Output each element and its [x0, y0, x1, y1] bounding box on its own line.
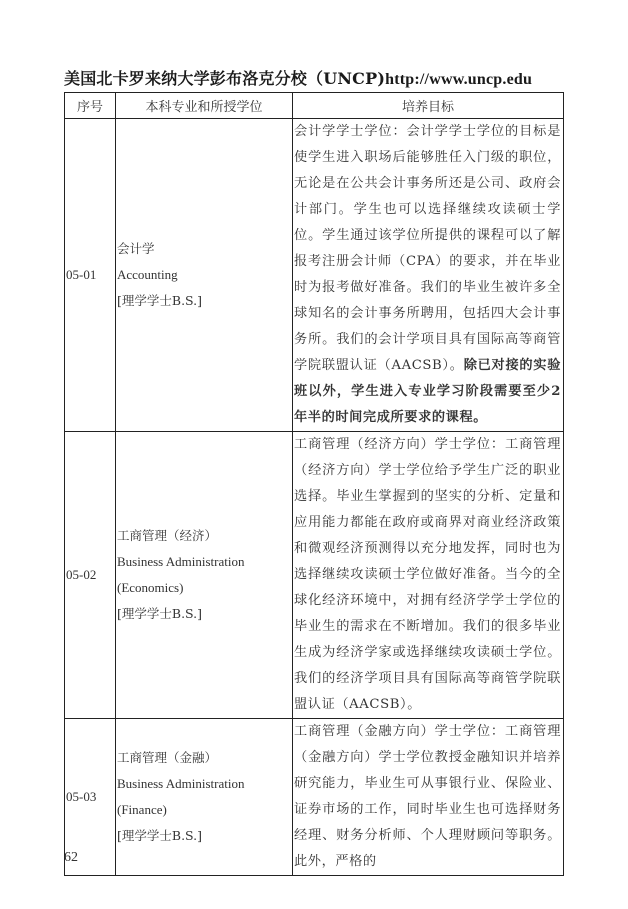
major-en: Business Administration: [117, 771, 292, 797]
row-major: 工商管理（经济） Business Administration (Econom…: [116, 432, 293, 719]
major-cn: 工商管理（金融）: [117, 745, 292, 771]
school-url: http://www.uncp.edu: [385, 71, 532, 88]
table-header-row: 序号 本科专业和所授学位 培养目标: [65, 93, 564, 119]
page-number: 62: [64, 850, 78, 866]
header-goal: 培养目标: [293, 93, 564, 119]
major-degree: [理学学士B.S.]: [117, 288, 292, 314]
goal-text: 工商管理（金融方向）学士学位：工商管理（金融方向）学士学位教授金融知识并培养研究…: [294, 724, 561, 869]
major-en: Accounting: [117, 262, 292, 288]
row-goal: 会计学学士学位：会计学学士学位的目标是使学生进入职场后能够胜任入门级的职位，无论…: [293, 119, 564, 432]
table-row: 05-02 工商管理（经济） Business Administration (…: [65, 432, 564, 719]
header-id: 序号: [65, 93, 116, 119]
major-cn: 工商管理（经济）: [117, 523, 292, 549]
row-id: 05-02: [65, 432, 116, 719]
table-row: 05-03 工商管理（金融） Business Administration (…: [65, 719, 564, 876]
table-row: 05-01 会计学 Accounting [理学学士B.S.] 会计学学士学位：…: [65, 119, 564, 432]
major-en-specialty: (Economics): [117, 575, 292, 601]
major-cn: 会计学: [117, 236, 292, 262]
document-title: 美国北卡罗来纳大学彭布洛克分校（UNCP)http://www.uncp.edu: [64, 66, 532, 89]
school-name: 美国北卡罗来纳大学彭布洛克分校（UNCP): [64, 69, 385, 88]
goal-text: 工商管理（经济方向）学士学位：工商管理（经济方向）学士学位给予学生广泛的职业选择…: [294, 437, 561, 712]
row-goal: 工商管理（金融方向）学士学位：工商管理（金融方向）学士学位教授金融知识并培养研究…: [293, 719, 564, 876]
goal-text: 会计学学士学位：会计学学士学位的目标是使学生进入职场后能够胜任入门级的职位，无论…: [294, 124, 561, 373]
row-major: 工商管理（金融） Business Administration (Financ…: [116, 719, 293, 876]
row-id: 05-01: [65, 119, 116, 432]
row-major: 会计学 Accounting [理学学士B.S.]: [116, 119, 293, 432]
major-degree: [理学学士B.S.]: [117, 823, 292, 849]
major-en: Business Administration: [117, 549, 292, 575]
row-goal: 工商管理（经济方向）学士学位：工商管理（经济方向）学士学位给予学生广泛的职业选择…: [293, 432, 564, 719]
majors-table: 序号 本科专业和所授学位 培养目标 05-01 会计学 Accounting […: [64, 92, 564, 876]
major-degree: [理学学士B.S.]: [117, 601, 292, 627]
header-major: 本科专业和所授学位: [116, 93, 293, 119]
major-en-specialty: (Finance): [117, 797, 292, 823]
